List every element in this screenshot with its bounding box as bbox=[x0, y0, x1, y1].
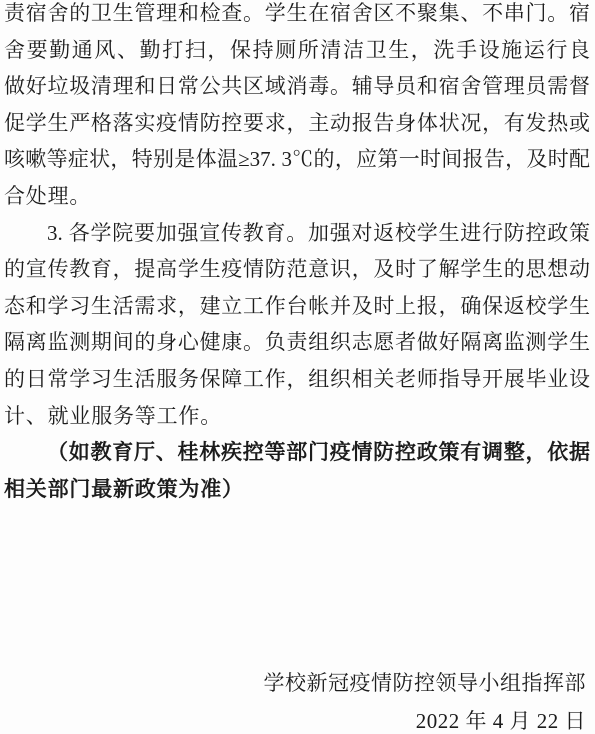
date-line: 2022 年 4 月 22 日 bbox=[0, 702, 586, 734]
document-line: 的宣传教育，提高学生疫情防范意识，及时了解学生的思想动 bbox=[4, 251, 590, 288]
document-line: （如教育厅、桂林疾控等部门疫情防控政策有调整，依据 bbox=[4, 434, 590, 471]
document-page: 责宿舍的卫生管理和检查。学生在宿舍区不聚集、不串门。宿舍要勤通风、勤打扫，保持厕… bbox=[0, 0, 595, 734]
signature-line: 学校新冠疫情防控领导小组指挥部 bbox=[0, 664, 586, 702]
document-line: 的日常学习生活服务保障工作，组织相关老师指导开展毕业设 bbox=[4, 361, 590, 398]
document-line: 计、就业服务等工作。 bbox=[4, 398, 590, 435]
document-line: 3. 各学院要加强宣传教育。加强对返校学生进行防控政策 bbox=[4, 215, 590, 252]
document-line: 合处理。 bbox=[4, 178, 590, 215]
document-body: 责宿舍的卫生管理和检查。学生在宿舍区不聚集、不串门。宿舍要勤通风、勤打扫，保持厕… bbox=[0, 0, 595, 507]
document-line: 咳嗽等症状，特别是体温≥37. 3℃的，应第一时间报告，及时配 bbox=[4, 141, 590, 178]
document-line: 态和学习生活需求，建立工作台帐并及时上报，确保返校学生 bbox=[4, 288, 590, 325]
document-line: 促学生严格落实疫情防控要求，主动报告身体状况，有发热或 bbox=[4, 105, 590, 142]
document-line: 做好垃圾清理和日常公共区域消毒。辅导员和宿舍管理员需督 bbox=[4, 68, 590, 105]
document-line: 责宿舍的卫生管理和检查。学生在宿舍区不聚集、不串门。宿 bbox=[4, 0, 590, 32]
blank-space bbox=[0, 507, 595, 664]
document-line: 隔离监测期间的身心健康。负责组织志愿者做好隔离监测学生 bbox=[4, 324, 590, 361]
signature-block: 学校新冠疫情防控领导小组指挥部 2022 年 4 月 22 日 bbox=[0, 664, 595, 734]
document-line: 相关部门最新政策为准） bbox=[4, 471, 590, 508]
document-line: 舍要勤通风、勤打扫，保持厕所清洁卫生，洗手设施运行良好。 bbox=[4, 32, 590, 69]
